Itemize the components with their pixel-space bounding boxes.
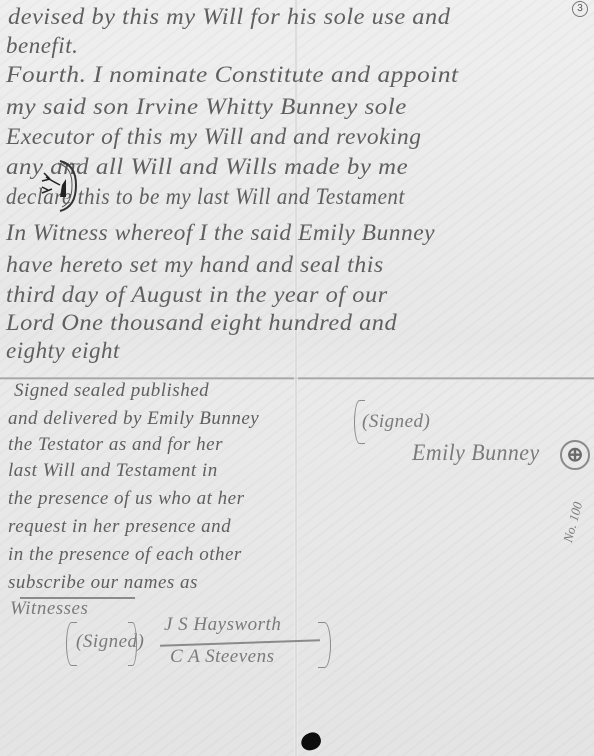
witnesses-underline [20,597,135,599]
attestation-line-7: in the presence of each other [8,544,242,566]
body-line-1: devised by this my Will for his sole use… [8,4,450,30]
testator-signature: Emily Bunney [412,440,540,466]
body-line-3: Fourth. I nominate Constitute and appoin… [6,62,459,88]
body-line-11: Lord One thousand eight hundred and [6,310,397,336]
testator-seal-mark: ⊕ [560,440,590,470]
witness-signature-2: C A Steevens [170,646,275,668]
attestation-line-3: the Testator as and for her [8,434,223,456]
body-line-8: In Witness whereof I the said Emily Bunn… [6,220,435,246]
margin-note: No. 100 [560,500,586,544]
attestation-line-9: Witnesses [10,598,88,620]
body-line-9: have hereto set my hand and seal this [6,252,384,278]
attestation-line-8: subscribe our names as [8,572,198,594]
body-line-5: Executor of this my Will and and revokin… [6,124,422,150]
scanned-document-page: 3 devised by this my Will for his sole u… [0,0,594,756]
attestation-line-6: request in her presence and [8,516,231,538]
testator-signed-label: (Signed) [362,411,430,433]
page-number: 3 [572,1,588,17]
body-line-10: third day of August in the year of our [6,282,388,308]
attestation-line-1: Signed sealed published [14,380,209,402]
witness-bracket-right [318,622,331,668]
attestation-line-5: the presence of us who at her [8,488,244,510]
witness-paren-right [128,622,137,666]
stag-crest-icon: Inland Revenue [32,157,80,215]
attestation-line-2: and delivered by Emily Bunney [8,408,259,430]
body-line-12: eighty eight [6,338,120,364]
revenue-stamp: Inland Revenue [32,157,80,215]
body-line-4: my said son Irvine Whitty Bunney sole [6,94,407,120]
attestation-line-4: last Will and Testament in [8,460,218,482]
svg-text:Inland Revenue: Inland Revenue [58,161,80,166]
ink-blot [299,730,324,753]
body-line-2: benefit. [6,33,78,59]
witness-signature-1: J S Haysworth [164,614,281,636]
